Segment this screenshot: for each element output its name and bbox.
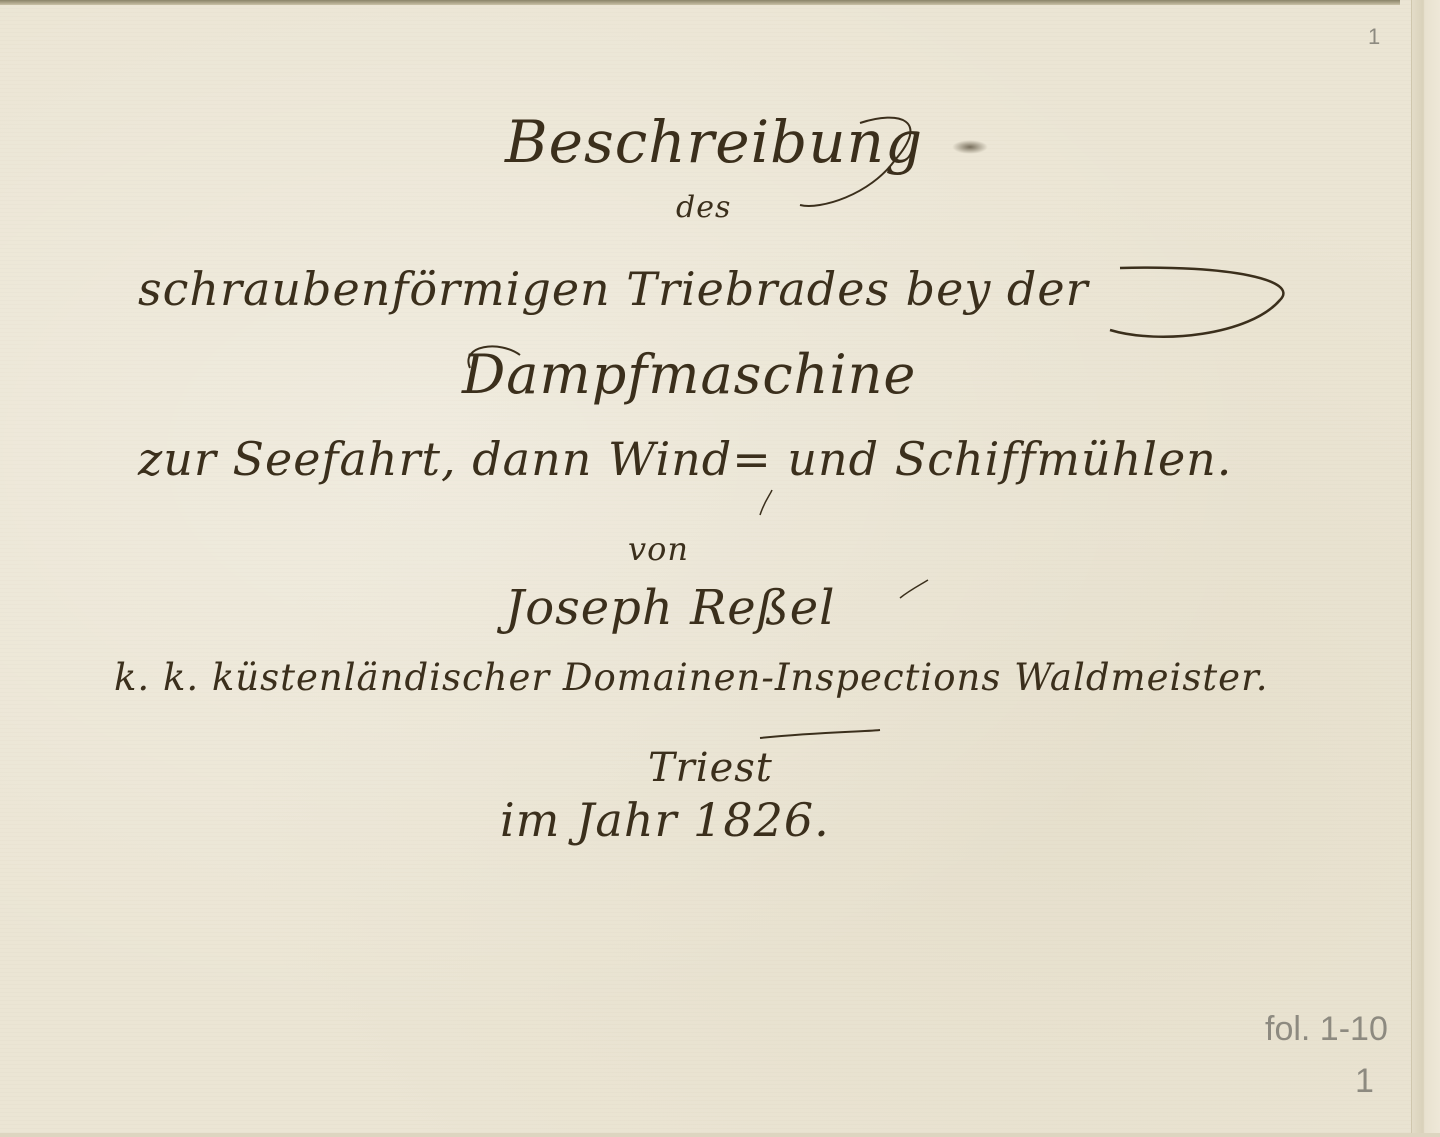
paper-bottom-edge (0, 1133, 1440, 1137)
title-des: des (676, 190, 731, 225)
title-von: von (628, 530, 689, 568)
title-line-dampfmaschine: Dampfmaschine (462, 343, 916, 406)
pencil-page-number: 1 (1368, 24, 1380, 50)
year-line: im Jahr 1826. (500, 793, 830, 847)
ink-stain (952, 140, 988, 154)
pencil-folio-range: fol. 1-10 (1265, 1010, 1388, 1049)
author-name: Joseph Reßel (505, 580, 835, 636)
paper-top-edge (0, 0, 1400, 5)
paper-right-edge (1411, 0, 1440, 1137)
title-beschreibung: Beschreibung (505, 108, 923, 176)
manuscript-page: Beschreibung des schraubenförmigen Trieb… (0, 0, 1440, 1137)
pencil-folio-number: 1 (1355, 1062, 1374, 1101)
author-title: k. k. küstenländischer Domainen-Inspecti… (114, 656, 1268, 699)
title-line-triebrades: schraubenförmigen Triebrades bey der (138, 262, 1089, 316)
place-triest: Triest (648, 745, 773, 791)
title-line-seefahrt: zur Seefahrt, dann Wind= und Schiffmühle… (138, 432, 1232, 486)
